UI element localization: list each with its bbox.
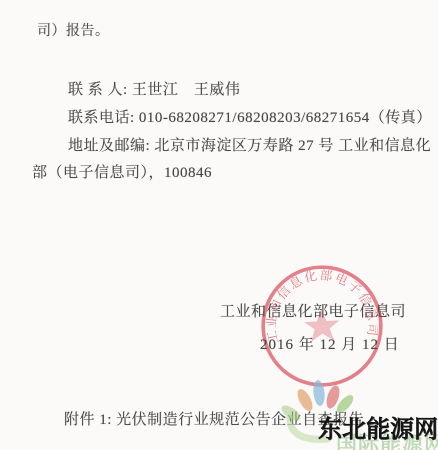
address-line-2: 部（电子信息司），100846	[32, 161, 212, 182]
contact-phone-line: 联系电话: 010-68208271/68208203/68271654（传真）	[68, 106, 432, 127]
petal-blue	[312, 380, 326, 407]
signature-date-line: 2016 年 12 月 12 日	[260, 333, 400, 354]
official-seal-stamp-icon: 工业和信息化部电子信息司	[255, 259, 390, 394]
signature-org-line: 工业和信息化部电子信息司	[220, 300, 406, 321]
opening-line: 司）报告。	[37, 20, 110, 40]
address-line-1: 地址及邮编: 北京市海淀区万寿路 27 号 工业和信息化	[68, 134, 431, 155]
watermark-site-name: 东北能源网	[318, 409, 438, 444]
site-watermark: 国际能源网 东北能源网	[278, 380, 438, 450]
petal-orange	[295, 387, 316, 413]
contact-person-line: 联 系 人: 王世江 王威伟	[68, 78, 240, 99]
scanned-document-page: 司）报告。 联 系 人: 王世江 王威伟 联系电话: 010-68208271/…	[0, 0, 438, 450]
